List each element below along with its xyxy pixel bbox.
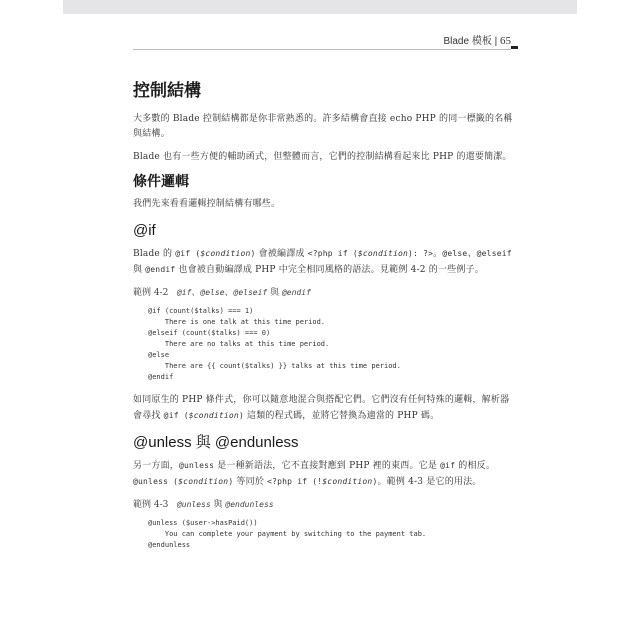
inline-code: <?php if ($condition): ?> — [308, 249, 433, 258]
text: 的相反。 — [455, 461, 495, 471]
subsection-intro: 我們先來看看邏輯控制結構有哪些。 — [133, 197, 515, 212]
if-heading: @if — [133, 222, 515, 240]
inline-code: @if — [440, 461, 455, 470]
caption-code: @if — [177, 288, 191, 297]
text: 也會被自動編譯成 PHP 中完全相同風格的語法。見範例 4-2 的一些例子。 — [175, 265, 484, 275]
text: 與 — [133, 265, 145, 275]
code-block-4-2: @if (count($talks) === 1) There is one t… — [148, 306, 515, 383]
intro-paragraph-2: Blade 也有一些方便的輔助函式，但整體而言，它們的控制結構看起來比 PHP … — [133, 150, 515, 165]
example-label: 範例 4-2 — [133, 288, 168, 298]
scan-top-edge — [63, 0, 577, 14]
inline-code: <?php if (!$condition) — [267, 477, 377, 486]
header-separator: | — [495, 36, 498, 47]
running-header: Blade 模板 | 65 — [133, 35, 511, 50]
caption-code: @endunless — [225, 500, 273, 509]
unless-paragraph: 另一方面，@unless 是一種新語法，它不直接對應到 PHP 裡的東西。它是 … — [133, 458, 515, 490]
inline-code: @elseif — [477, 249, 512, 258]
unless-heading: @unless 與 @endunless — [133, 434, 515, 452]
inline-code: @if ($condition) — [164, 411, 244, 420]
caption-code: @else — [200, 288, 224, 297]
example-caption-4-3: 範例 4-3 @unless 與 @endunless — [133, 498, 515, 512]
intro-paragraph-1: 大多數的 Blade 控制結構都是你非常熟悉的。許多結構會直接 echo PHP… — [133, 112, 515, 142]
inline-code: @unless — [179, 461, 214, 470]
inline-code: @endif — [145, 265, 175, 274]
example-caption-4-2: 範例 4-2 @if、@else、@elseif 與 @endif — [133, 286, 515, 300]
text: 、 — [467, 249, 476, 259]
text: Blade 的 — [133, 249, 175, 259]
inline-code: @else — [442, 249, 467, 258]
example-label: 範例 4-3 — [133, 500, 168, 510]
subsection-title: 條件邏輯 — [133, 173, 515, 191]
section-title: 控制結構 — [133, 80, 515, 102]
page-number: 65 — [500, 35, 511, 47]
text: 。範例 4-3 是它的用法。 — [377, 477, 481, 487]
inline-code: @if ($condition) — [175, 249, 255, 258]
if-after-paragraph: 如同原生的 PHP 條件式，你可以隨意地混合與搭配它們。它們沒有任何特殊的邏輯，… — [133, 393, 515, 424]
text: 等同於 — [233, 477, 267, 487]
inline-code: @unless ($condition) — [133, 477, 233, 486]
text: 這類的程式碼，並將它替換為適當的 PHP 碼。 — [244, 411, 439, 421]
text: 。 — [433, 249, 442, 259]
caption-code: @endif — [282, 288, 311, 297]
text: 會被編譯成 — [256, 249, 308, 259]
text: 另一方面， — [133, 461, 179, 471]
text: 是一種新語法，它不直接對應到 PHP 裡的東西。它是 — [214, 461, 440, 471]
if-paragraph: Blade 的 @if ($condition) 會被編譯成 <?php if … — [133, 246, 515, 278]
page-body: 控制結構 大多數的 Blade 控制結構都是你非常熟悉的。許多結構會直接 ech… — [133, 80, 515, 561]
code-block-4-3: @unless ($user->hasPaid()) You can compl… — [148, 518, 515, 551]
thumb-tab-marker — [511, 46, 518, 49]
caption-code: @elseif — [234, 288, 268, 297]
running-title: Blade 模板 — [443, 36, 491, 47]
caption-code: @unless — [177, 500, 211, 509]
